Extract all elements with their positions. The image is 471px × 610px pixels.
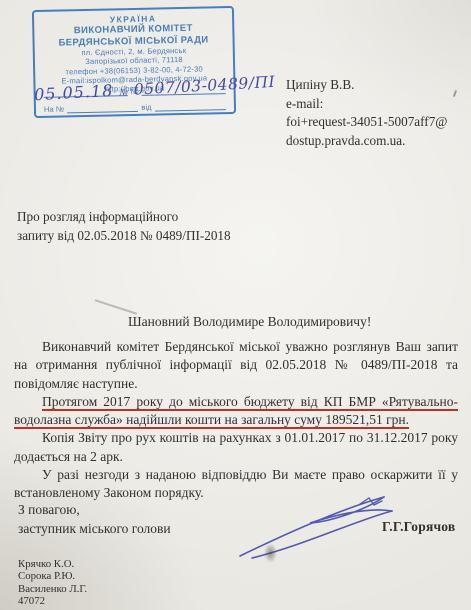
stamp-ref-mid: від [141, 103, 151, 112]
body-paragraph-2-highlighted: Протягом 2017 року до міського бюджету в… [14, 393, 458, 430]
addressee-name: Ципіну В.В. [286, 76, 447, 95]
stamp-blank-line [67, 102, 139, 113]
signer-name: Г.Г.Горячов [382, 519, 455, 535]
executor-name-2: Сорока Р.Ю. [18, 570, 87, 582]
stamp-ref-prefix: На № [44, 104, 64, 113]
subject-line1: Про розгляд інформаційного [17, 207, 231, 226]
executor-phone-code: 47072 [18, 595, 87, 607]
addressee-block: Ципіну В.В. e-mail: foi+request-34051-50… [286, 76, 447, 150]
executors-block: Крячко К.О. Сорока Р.Ю. Василенко Л.Г. 4… [18, 558, 87, 607]
salutation: Шановний Володимире Володимировичу! [128, 314, 371, 330]
closing-phrase: З повагою, [18, 501, 171, 520]
scanned-letter-page: УКРАЇНА ВИКОНАВЧИЙ КОМІТЕТ БЕРДЯНСЬКОЇ М… [0, 0, 471, 610]
closing-block: З повагою, заступник міського голови [18, 501, 171, 538]
addressee-email-label: e-mail: [286, 95, 447, 114]
key-sentence-red-underline: Протягом 2017 року до міського бюджету в… [14, 394, 458, 427]
scan-mark-artifact [453, 90, 457, 97]
signature-autograph [222, 490, 407, 565]
letter-body: Виконавчий комітет Бердянської міської у… [14, 338, 458, 503]
body-paragraph-3: Копія Звіту про рух коштів на рахунках з… [14, 429, 458, 466]
scan-pen-artifact [95, 299, 137, 314]
handwritten-no-symbol: № [119, 88, 128, 98]
stamp-blank-line [154, 100, 226, 111]
ink-smudge-artifact [264, 543, 277, 563]
addressee-email-line2: dostup.pravda.com.ua. [286, 132, 447, 151]
body-paragraph-1: Виконавчий комітет Бердянської міської у… [14, 338, 458, 393]
executor-name-1: Крячко К.О. [18, 558, 87, 570]
subject-block: Про розгляд інформаційного запиту від 02… [17, 207, 231, 245]
executor-name-3: Василенко Л.Г. [18, 583, 87, 595]
addressee-email-line1: foi+request-34051-5007aff7@ [286, 113, 447, 132]
subject-line2: запиту від 02.05.2018 № 0489/ПІ-2018 [17, 226, 231, 245]
signer-position: заступник міського голови [18, 520, 171, 539]
